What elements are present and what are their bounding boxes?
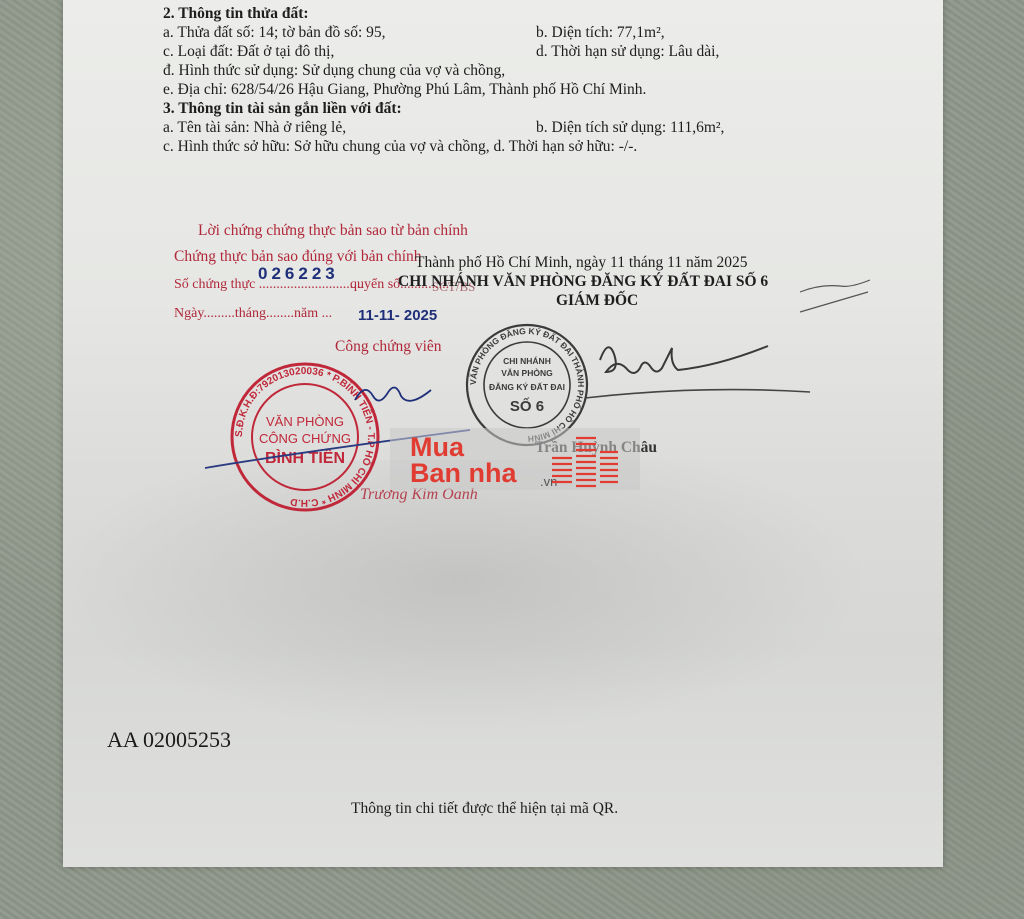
- watermark-line2: Ban nha: [410, 460, 517, 486]
- building-icon: [550, 432, 620, 490]
- qr-note: Thông tin chi tiết được thể hiện tại mã …: [351, 800, 618, 818]
- serial-number: AA 02005253: [107, 731, 231, 749]
- watermark-logo: Mua Ban nha .vn: [390, 428, 640, 490]
- watermark-line1: Mua: [410, 434, 464, 460]
